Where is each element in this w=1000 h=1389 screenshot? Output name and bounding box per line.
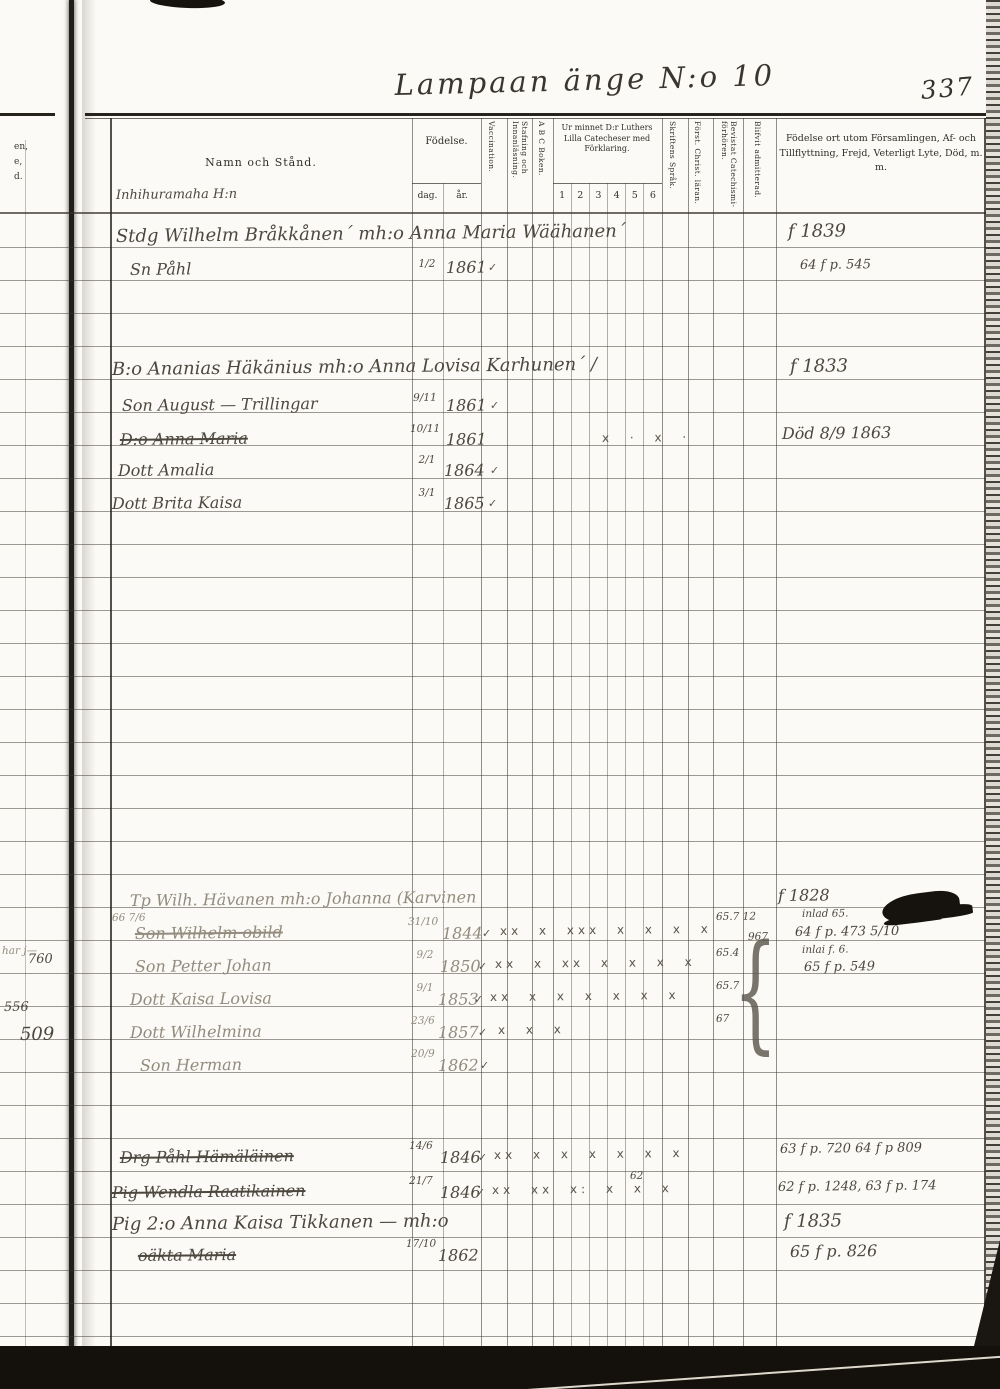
vaccination-mark: ✓	[490, 399, 499, 412]
table-column-line	[110, 118, 112, 1346]
catechism-col-1: 1	[553, 190, 571, 201]
column-header-scripture: Skriftens Språk.	[668, 121, 677, 211]
column-header-birth-year: år.	[443, 191, 481, 201]
record-name-struck: Son Wilhelm obild	[135, 922, 283, 943]
birth-year: 1861	[446, 430, 487, 449]
birth-day: 9/2	[410, 949, 440, 961]
meeting-note: 65.4	[716, 947, 740, 959]
vaccination-mark: ✓	[480, 1059, 489, 1072]
scan-edge-noise	[986, 0, 1000, 1346]
table-top-border-left	[0, 113, 55, 116]
vaccination-mark: ✓	[488, 261, 497, 274]
catechism-col-3: 3	[589, 190, 607, 201]
birth-day: 3/1	[412, 487, 442, 499]
birth-day: 10/11	[410, 423, 440, 435]
left-margin-note: 66 7/6	[112, 912, 146, 924]
column-header-abc-book: A B C Boken.	[537, 121, 546, 211]
record-name: Dott Amalia	[118, 460, 215, 480]
birth-year: 1861	[446, 396, 487, 415]
record-name: Dott Wilhelmina	[130, 1022, 262, 1042]
catechism-col-4: 4	[608, 190, 626, 201]
record-note: 63 f p. 720 64 f p 809	[780, 1141, 922, 1157]
vaccination-mark: ✓	[474, 993, 483, 1006]
record-note: 64 f p. 545	[800, 257, 871, 273]
column-header-catechism-meetings: Bevistat Catechismi-förhören.	[717, 121, 741, 211]
vaccination-mark: ✓	[482, 927, 491, 940]
birth-year: 1865	[444, 494, 485, 513]
prev-page-text-fragment: e,	[14, 157, 22, 167]
prev-page-text-fragment: d.	[14, 172, 23, 182]
record-note: f 1839	[788, 220, 846, 242]
table-column-line	[713, 118, 714, 1346]
meeting-note: 65.7 12	[716, 911, 756, 923]
page-title-script: Lampaan änge N:o 10	[394, 58, 775, 102]
record-name: Pig 2:o Anna Kaisa Tikkanen — mh:o	[112, 1210, 449, 1235]
row-ruling	[0, 215, 986, 1346]
table-column-line	[607, 183, 608, 1346]
record-note: 65 f p. 826	[790, 1241, 878, 1261]
scan-smudge	[150, 0, 225, 9]
record-name: Tp Wilh. Hävanen mh:o Johanna (Karvinen	[130, 887, 477, 910]
name-column-handwritten-note: Inhihuramaha H:n	[116, 187, 237, 203]
table-column-line	[532, 118, 533, 1346]
record-note: inlad 65.	[802, 908, 849, 920]
birth-day: 21/7	[406, 1175, 436, 1187]
table-column-line	[625, 183, 626, 1346]
header-bottom-line	[0, 212, 986, 214]
table-column-line	[662, 118, 663, 1346]
birth-year: 1850	[440, 957, 481, 976]
record-name: Son Herman	[140, 1055, 242, 1075]
prev-page-text-fragment: en,	[14, 142, 28, 152]
record-name-struck: D:o Anna Maria	[120, 429, 248, 449]
vaccination-mark: ✓	[490, 464, 499, 477]
catechism-marks: x · x ·	[602, 430, 690, 445]
meeting-note: 967	[748, 931, 768, 943]
record-name-struck: Pig Wendla Raatikainen	[112, 1181, 306, 1202]
catechism-subcolumn-numbers: 1 2 3 4 5 6	[553, 190, 662, 201]
record-note: f 1835	[784, 1210, 842, 1232]
table-column-line	[743, 118, 744, 1346]
meeting-note: 67	[716, 1013, 729, 1025]
birth-year: 1862	[438, 1246, 479, 1265]
birth-day: 9/1	[410, 982, 440, 994]
birth-year: 1861	[446, 258, 487, 277]
catechism-col-5: 5	[626, 190, 644, 201]
birth-day: 20/9	[408, 1048, 438, 1060]
catechism-marks: xx x x x x x x	[494, 1146, 684, 1162]
record-note: 65 f p. 549	[804, 959, 875, 975]
birth-day: 31/10	[408, 916, 438, 928]
meeting-note: 62	[630, 1170, 643, 1182]
record-note: inlai f. 6.	[802, 944, 849, 956]
record-name-struck: oäkta Maria	[138, 1245, 236, 1265]
birth-day: 17/10	[406, 1238, 436, 1250]
table-column-line	[776, 118, 777, 1346]
record-name: Son Petter Johan	[135, 956, 272, 976]
table-top-border-inner	[85, 118, 986, 119]
column-header-notes: Födelse ort utom Församlingen, Af- och T…	[778, 132, 984, 176]
table-column-line	[412, 118, 413, 1346]
column-header-birth: Födelse.	[412, 136, 481, 147]
record-name: Dott Kaisa Lovisa	[130, 989, 272, 1009]
birth-day: 23/6	[408, 1015, 438, 1027]
table-top-border	[85, 113, 986, 116]
column-header-name: Namn och Stånd.	[110, 156, 412, 169]
birth-year: 1846	[440, 1183, 481, 1202]
birth-year: 1844	[442, 924, 483, 943]
catechism-subheader-line	[553, 183, 662, 184]
table-column-line	[553, 118, 554, 1346]
meeting-note: 65.7	[716, 980, 740, 992]
column-header-catechism: Ur minnet D:r Luthers Lilla Catecheser m…	[552, 123, 662, 155]
vaccination-mark: ✓	[488, 497, 497, 510]
birth-subheader-line	[412, 183, 481, 184]
catechism-col-2: 2	[571, 190, 589, 201]
vaccination-mark: ✓	[478, 1026, 487, 1039]
vaccination-mark: ✓	[478, 1151, 487, 1164]
catechism-marks: x x x	[498, 1022, 565, 1037]
birth-day: 1/2	[412, 258, 442, 270]
column-header-birth-day: dag.	[412, 191, 443, 201]
column-header-spelling: Stafning och Innanläsning.	[509, 121, 531, 211]
catechism-marks: xx x x x x x x	[490, 988, 680, 1004]
vaccination-mark: ✓	[476, 1186, 485, 1199]
catechism-marks: xx xx x: x x x	[492, 1181, 673, 1197]
birth-year: 1864	[444, 461, 485, 480]
record-note: f 1828	[778, 885, 830, 905]
column-header-christian-doctrine: Först. Christ. läran.	[693, 121, 702, 211]
table-column-line	[688, 118, 689, 1346]
birth-year: 1857	[438, 1023, 479, 1042]
birth-day: 2/1	[412, 454, 442, 466]
column-header-admitted: Blifvit admitterad.	[753, 121, 762, 211]
birth-day: 9/11	[410, 392, 440, 404]
record-note: Död 8/9 1863	[782, 423, 892, 443]
record-name: Son August — Trillingar	[122, 394, 318, 415]
page-number: 337	[919, 71, 975, 105]
record-note: 62 f p. 1248, 63 f p. 174	[778, 1178, 937, 1195]
record-note: 64 f p. 473 5/10	[795, 924, 899, 940]
vaccination-mark: ✓	[478, 960, 487, 973]
catechism-marks: xx x xxx x x x x	[500, 922, 712, 938]
catechism-col-6: 6	[644, 190, 662, 201]
scanned-church-record-page: en, e, d. har j— 760 556 509 Lampaan äng…	[0, 0, 1000, 1389]
birth-year: 1862	[438, 1056, 479, 1075]
record-name: Sn Påhl	[130, 259, 192, 279]
column-header-vaccination: Vaccination.	[487, 121, 496, 211]
birth-year: 1846	[440, 1148, 481, 1167]
birth-year: 1853	[438, 990, 479, 1009]
record-name: Dott Brita Kaisa	[112, 493, 243, 513]
birth-day: 14/6	[406, 1140, 436, 1152]
record-name-struck: Drg Påhl Hämäläinen	[120, 1146, 294, 1167]
catechism-marks: xx x xx x x x x	[495, 955, 696, 971]
record-note: f 1833	[790, 355, 848, 377]
